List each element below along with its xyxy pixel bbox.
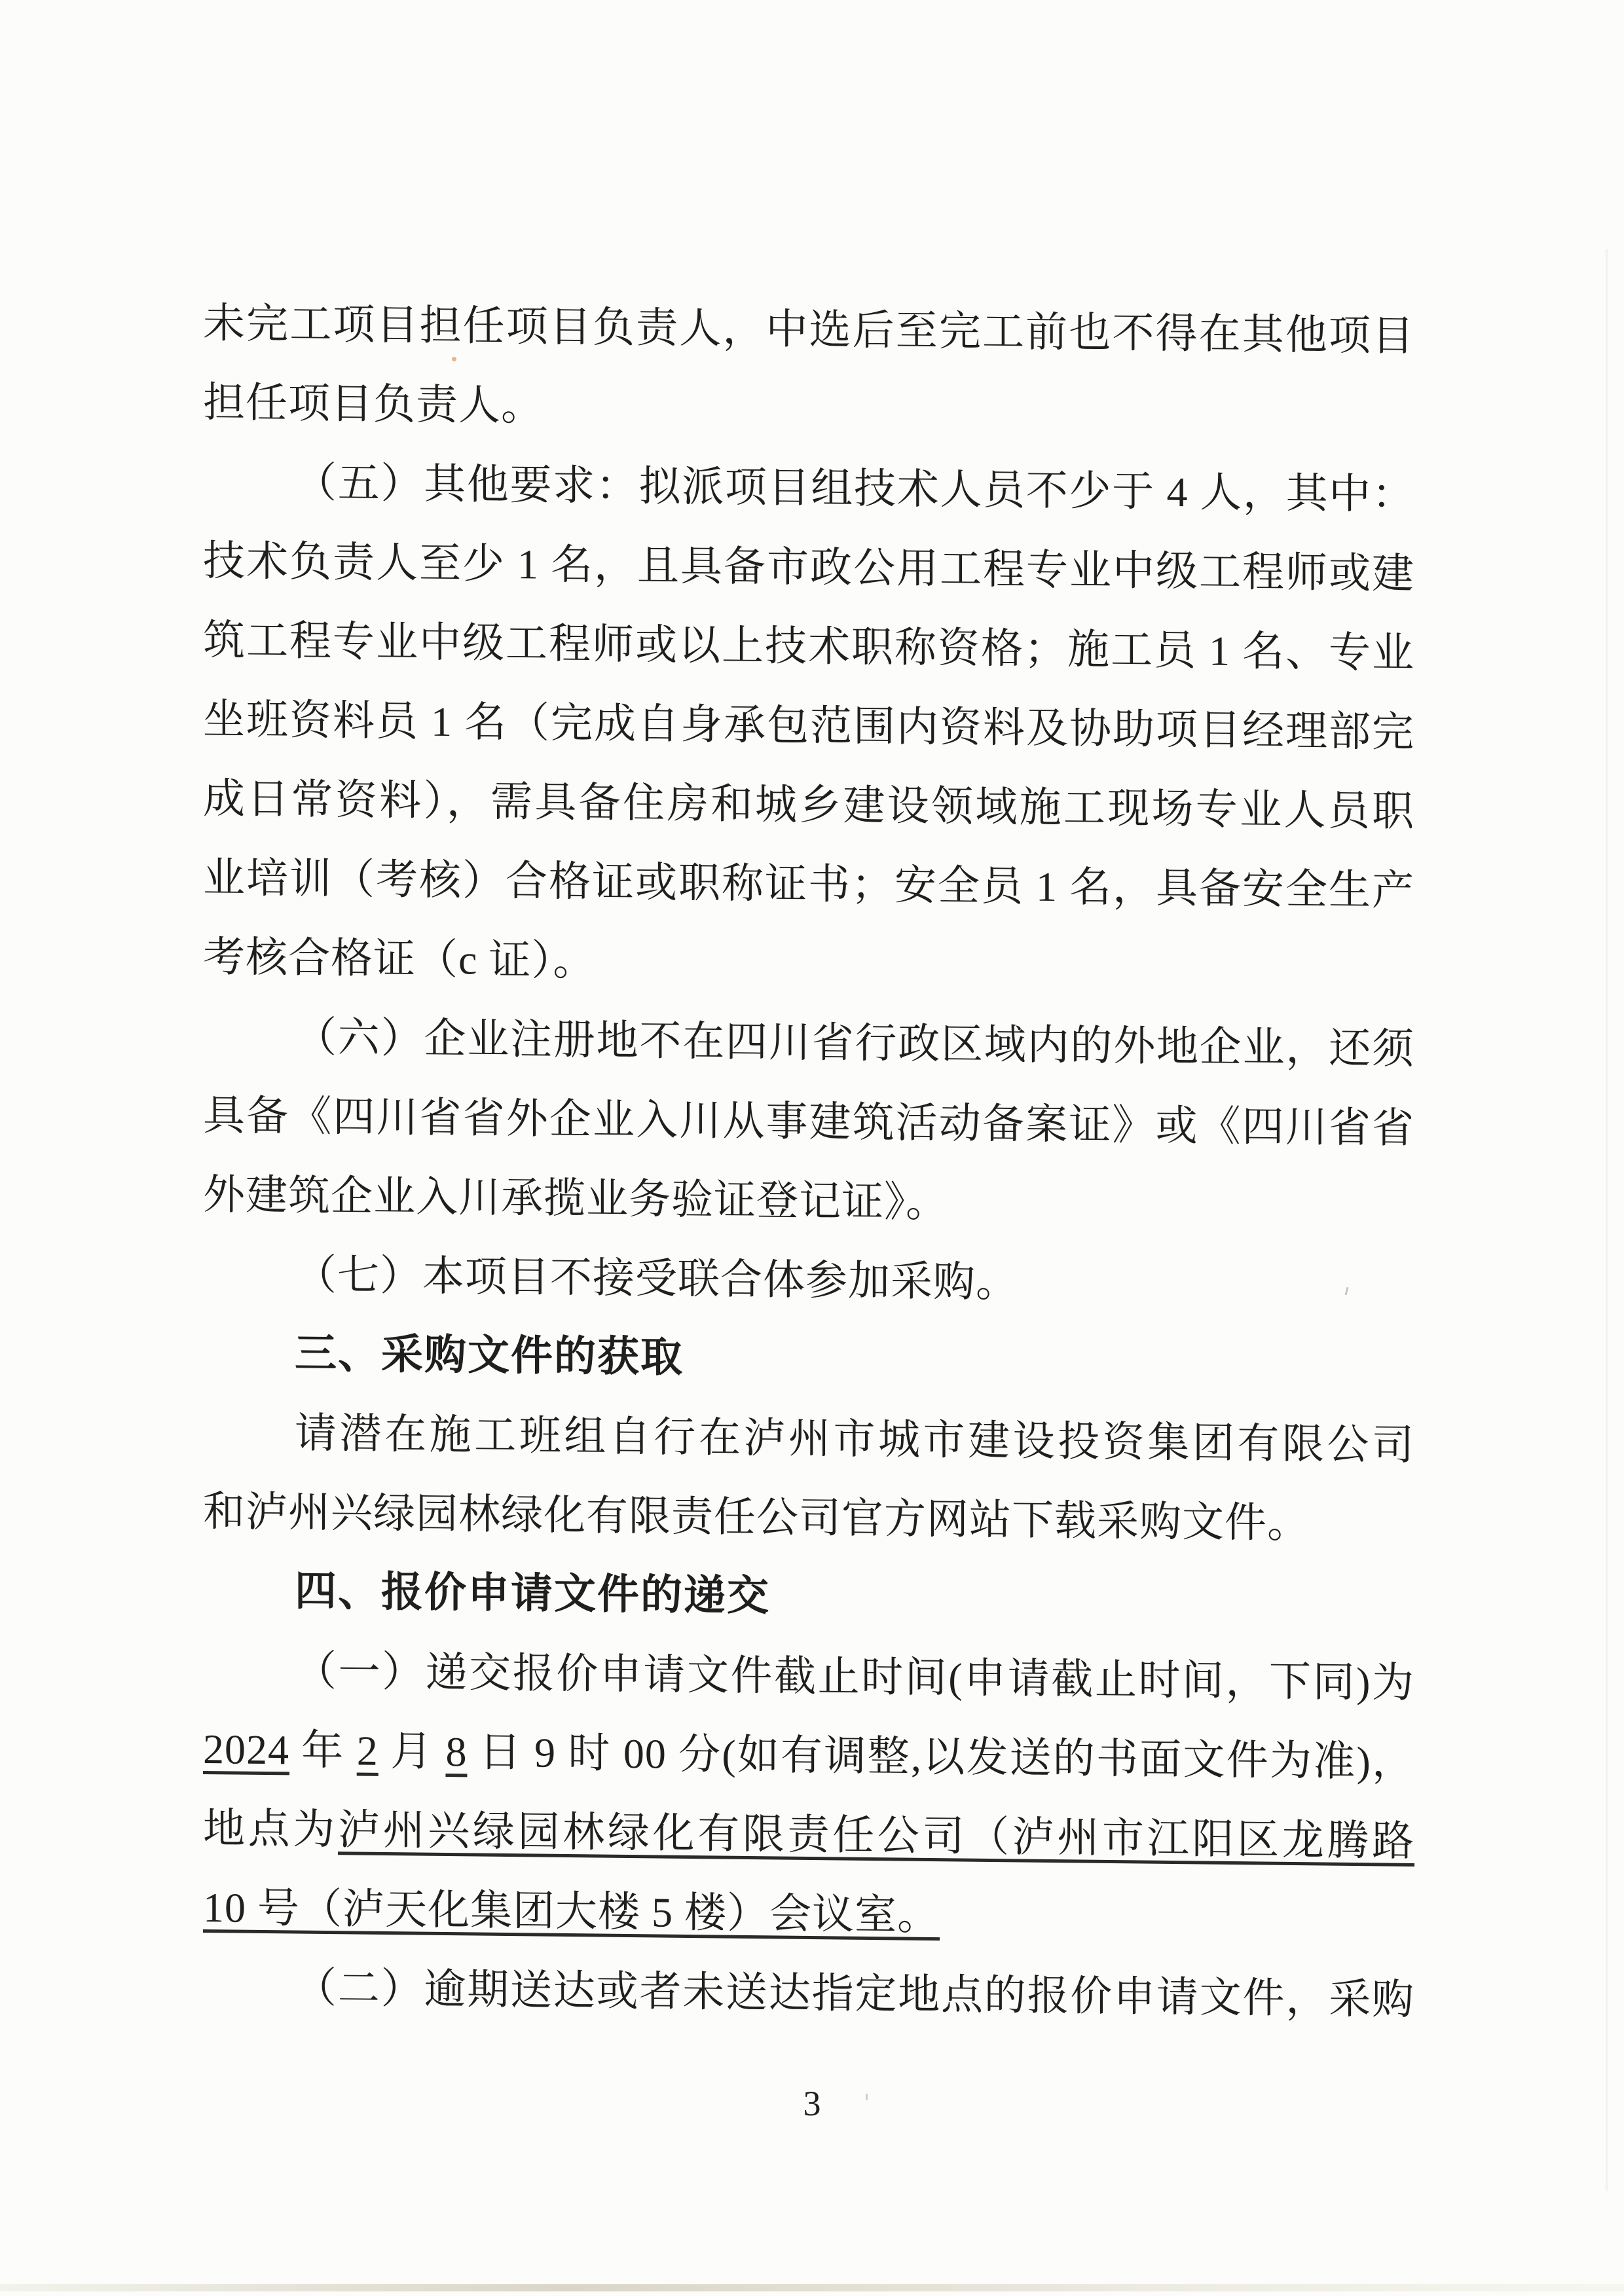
text-line: 地点为泸州兴绿园林绿化有限责任公司（泸州市江阳区龙腾路 bbox=[203, 1789, 1414, 1881]
text-line: 担任项目负责人。 bbox=[203, 363, 1414, 455]
text-line: 坐班资料员 1 名（完成自身承包范围内资料及协助项目经理部完 bbox=[203, 680, 1414, 772]
heading-line: 三、采购文件的获取 bbox=[203, 1313, 1414, 1406]
text-segment: 地点为 bbox=[203, 1805, 338, 1853]
text-segment: 筑工程专业中级工程师或以上技术职称资格；施工员 1 名、专业 bbox=[203, 617, 1414, 676]
text-line: 2024 年 2 月 8 日 9 时 00 分(如有调整,以发送的书面文件为准)… bbox=[203, 1709, 1414, 1802]
text-line: 业培训（考核）合格证或职称证书；安全员 1 名，具备安全生产 bbox=[203, 838, 1414, 930]
text-segment: 成日常资料），需具备住房和城乡建设领域施工现场专业人员职 bbox=[203, 775, 1414, 835]
document-page: 未完工项目担任项目负责人，中选后至完工前也不得在其他项目担任项目负责人。（五）其… bbox=[0, 0, 1624, 2296]
text-segment: 外建筑企业入川承揽业务验证登记证》。 bbox=[203, 1171, 948, 1226]
text-block: 未完工项目担任项目负责人，中选后至完工前也不得在其他项目担任项目负责人。（五）其… bbox=[203, 283, 1414, 2039]
text-line: （五）其他要求：拟派项目组技术人员不少于 4 人，其中： bbox=[203, 442, 1414, 534]
text-segment: （七）本项目不接受联合体参加采购。 bbox=[295, 1252, 1018, 1306]
text-line: 筑工程专业中级工程师或以上技术职称资格；施工员 1 名、专业 bbox=[203, 600, 1414, 693]
text-line: 和泸州兴绿园林绿化有限责任公司官方网站下载采购文件。 bbox=[203, 1472, 1414, 1564]
text-line: 请潜在施工班组自行在泸州市城市建设投资集团有限公司 bbox=[203, 1393, 1414, 1485]
underlined-text-segment: 2 bbox=[357, 1728, 378, 1774]
text-segment: 未完工项目担任项目负责人，中选后至完工前也不得在其他项目 bbox=[203, 300, 1414, 359]
scan-artifact-right-edge bbox=[1606, 249, 1608, 2191]
text-segment: （五）其他要求：拟派项目组技术人员不少于 4 人，其中： bbox=[295, 460, 1414, 519]
text-line: 外建筑企业入川承揽业务验证登记证》。 bbox=[203, 1155, 1414, 1247]
text-line: （二）逾期送达或者未送达指定地点的报价申请文件，采购 bbox=[203, 1947, 1414, 2039]
underlined-text-segment: 泸州兴绿园林绿化有限责任公司（泸州市江阳区龙腾路 bbox=[338, 1806, 1414, 1865]
text-line: 考核合格证（c 证）。 bbox=[203, 917, 1414, 1010]
scan-speck bbox=[866, 2094, 868, 2100]
text-line: （六）企业注册地不在四川省行政区域内的外地企业，还须 bbox=[203, 996, 1414, 1089]
text-segment: 坐班资料员 1 名（完成自身承包范围内资料及协助项目经理部完 bbox=[203, 696, 1414, 756]
text-line: 成日常资料），需具备住房和城乡建设领域施工现场专业人员职 bbox=[203, 759, 1414, 851]
text-segment: 业培训（考核）合格证或职称证书；安全员 1 名，具备安全生产 bbox=[203, 854, 1414, 914]
text-segment: 三、采购文件的获取 bbox=[295, 1330, 684, 1382]
text-segment: 技术负责人至少 1 名，且具备市政公用工程专业中级工程师或建 bbox=[203, 538, 1414, 597]
underlined-text-segment: 8 bbox=[445, 1728, 467, 1775]
text-segment: （二）逾期送达或者未送达指定地点的报价申请文件，采购 bbox=[295, 1965, 1414, 2024]
text-segment: 和泸州兴绿园林绿化有限责任公司官方网站下载采购文件。 bbox=[203, 1488, 1310, 1546]
underlined-text-segment: 10 号（泸天化集团大楼 5 楼）会议室。 bbox=[203, 1884, 940, 1939]
text-line: （七）本项目不接受联合体参加采购。 bbox=[203, 1234, 1414, 1326]
text-line: 10 号（泸天化集团大楼 5 楼）会议室。 bbox=[203, 1868, 1414, 1960]
text-segment: 具备《四川省省外企业入川从事建筑活动备案证》或《四川省省 bbox=[203, 1092, 1414, 1152]
text-segment: 四、报价申请文件的递交 bbox=[295, 1567, 770, 1621]
underlined-text-segment: 2024 bbox=[203, 1726, 289, 1773]
text-segment: 年 bbox=[289, 1726, 357, 1774]
text-line: 技术负责人至少 1 名，且具备市政公用工程专业中级工程师或建 bbox=[203, 521, 1414, 613]
scan-speck bbox=[452, 357, 456, 361]
text-segment: （六）企业注册地不在四川省行政区域内的外地企业，还须 bbox=[295, 1014, 1414, 1073]
text-segment: （一）递交报价申请文件截止时间(申请截止时间，下同)为 bbox=[295, 1648, 1414, 1707]
text-line: 具备《四川省省外企业入川从事建筑活动备案证》或《四川省省 bbox=[203, 1076, 1414, 1168]
text-line: （一）递交报价申请文件截止时间(申请截止时间，下同)为 bbox=[203, 1630, 1414, 1722]
page-number: 3 bbox=[0, 2081, 1624, 2126]
heading-line: 四、报价申请文件的递交 bbox=[203, 1551, 1414, 1643]
text-segment: 考核合格证（c 证）。 bbox=[203, 934, 595, 984]
text-segment: 月 bbox=[378, 1728, 446, 1775]
text-segment: 请潜在施工班组自行在泸州市城市建设投资集团有限公司 bbox=[295, 1410, 1414, 1469]
text-line: 未完工项目担任项目负责人，中选后至完工前也不得在其他项目 bbox=[203, 283, 1414, 376]
scan-artifact-bottom-stripe bbox=[0, 2284, 1624, 2291]
text-segment: 日 9 时 00 分(如有调整,以发送的书面文件为准)， bbox=[467, 1728, 1414, 1785]
text-segment: 担任项目负责人。 bbox=[203, 379, 544, 429]
